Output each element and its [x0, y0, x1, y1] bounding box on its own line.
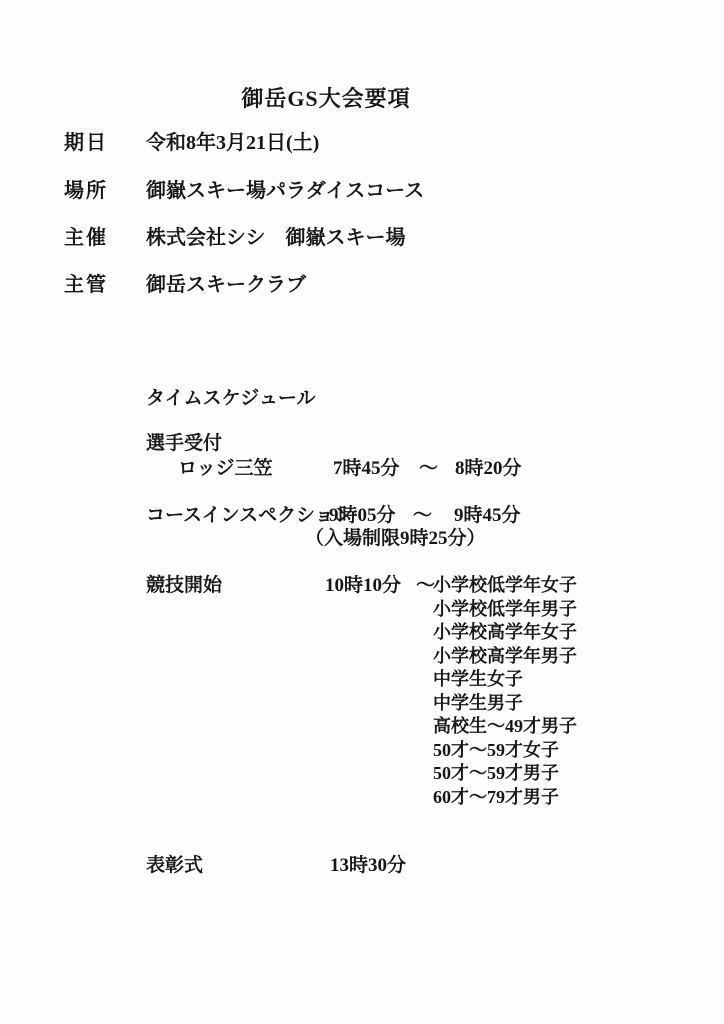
inspection-end-time: 9時45分	[454, 505, 521, 527]
inspection-label: コースインスペクション	[146, 505, 353, 527]
reception-label: 選手受付	[146, 433, 222, 455]
info-label-place: 場所	[64, 180, 108, 203]
reception-tilde-separator: ～	[419, 458, 438, 480]
document-page: 御岳GS大会要項 期日 令和8年3月21日(土) 場所 御嶽スキー場パラダイスコ…	[0, 0, 724, 1024]
race-category-item: 小学校低学年女子	[433, 575, 577, 596]
race-category-item: 中学生女子	[433, 669, 523, 690]
race-start-time: 10時10分	[325, 575, 401, 597]
info-value-management: 御岳スキークラブ	[146, 274, 306, 297]
reception-end-time: 8時20分	[455, 458, 522, 480]
inspection-start-time: 9時05分	[329, 505, 396, 527]
info-value-organizer: 株式会社シシ 御嶽スキー場	[146, 227, 406, 250]
race-category-item: 小学校低学年男子	[433, 599, 577, 620]
info-label-date: 期日	[64, 132, 108, 155]
info-value-date: 令和8年3月21日(土)	[146, 132, 319, 155]
race-category-item: 高校生～49才男子	[433, 716, 577, 737]
inspection-tilde-separator: ～	[413, 505, 432, 527]
awards-label: 表彰式	[146, 855, 203, 877]
schedule-heading: タイムスケジュール	[146, 388, 315, 410]
document-title: 御岳GS大会要項	[0, 86, 652, 111]
race-start-label: 競技開始	[146, 575, 222, 597]
race-category-item: 50才～59才女子	[433, 740, 559, 761]
info-value-place: 御嶽スキー場パラダイスコース	[146, 180, 424, 203]
race-category-item: 中学生男子	[433, 693, 523, 714]
info-label-management: 主管	[64, 274, 108, 297]
info-label-organizer: 主催	[64, 227, 108, 250]
race-category-item: 50才～59才男子	[433, 763, 559, 784]
reception-start-time: 7時45分	[333, 458, 400, 480]
race-category-item: 小学校高学年女子	[433, 622, 577, 643]
race-category-item: 60才～79才男子	[433, 787, 559, 808]
race-category-item: 小学校高学年男子	[433, 646, 577, 667]
entry-limit-note: （入場制限9時25分）	[305, 528, 486, 550]
awards-time: 13時30分	[330, 855, 406, 877]
reception-venue: ロッジ三笠	[178, 458, 273, 480]
